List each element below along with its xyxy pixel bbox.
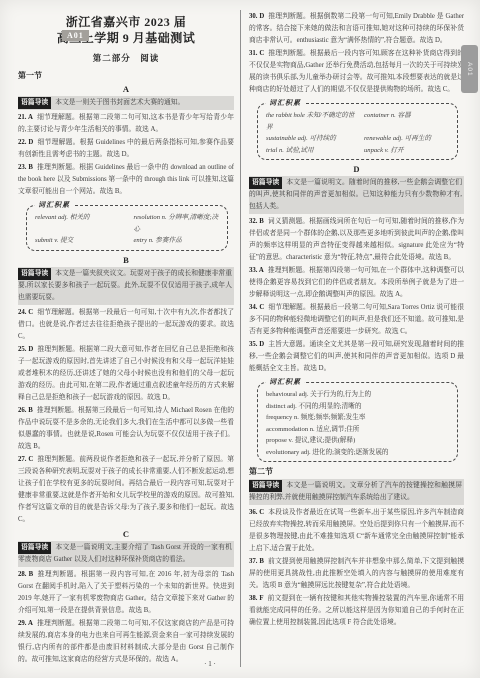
answer-number: 35. D (249, 341, 264, 348)
passage-a-letter: A (18, 84, 234, 94)
answer-explanation: 前文提到在一辆有按键和其他实物操控装置的汽车里,你通常不用看就能完成同样的任务。… (249, 595, 464, 626)
vocab-entry: behavioural adj. 关于行为的,行为上的 (266, 389, 451, 401)
answer-explanation: 词义猜测题。根据画线词所在句后一句可知,随着时间的推移,作为伴侣或者是同一个群体… (249, 218, 464, 261)
answer-explanation: 推理判断题。根据第四段第一句可知,在一个群体中,这种调整可以使得企鹅更容易找到它… (249, 267, 464, 298)
vocab-entry: the rabbit hole 未知/不确定的世界 (266, 110, 360, 133)
vocab-entry: resolution n. 分辨率,清晰度;决心 (134, 212, 222, 235)
answer-explanation: 前文提到使用触摸屏控制汽车并非想象中那么简单,下文提到触摸屏的使用更具挑战性,由… (249, 558, 464, 589)
page-number: · 1 · (150, 660, 270, 668)
answer-number: 33. A (249, 267, 264, 274)
vocab-box-d: 词汇积累 behavioural adj. 关于行为的,行为上的 distinc… (257, 382, 458, 462)
answer-explanation: 细节理解题。根据第二段第二句可知,这本书是青少年写给青少年的,主要讨论与青少年生… (18, 114, 234, 133)
answer-item-36: 36. C本段谈及作者最近在试驾一些新车,出于某些原因,许多汽车制造商已经放弃实… (249, 507, 464, 555)
left-column: A01 浙江省嘉兴市 2023 届 高三上学期 9 月基础测试 第二部分 阅读 … (18, 10, 240, 667)
vocab-entry: evolutionary adj. 进化的;演变的;逐渐发展的 (266, 447, 451, 459)
answer-explanation: 细节理解题。根据最后一段第二句可知,Sara Torres Ortiz 说可能很… (249, 304, 464, 335)
guide-text: 本文是一则关于图书封面艺术大赛的通知。 (55, 99, 184, 106)
answer-number: 38. F (249, 595, 264, 602)
vocab-entry: submit v. 提交 (35, 235, 130, 247)
vocab-entry: container n. 容器 (364, 110, 451, 133)
answer-number: 21. A (18, 114, 33, 121)
answer-item-32: 32. B词义猜测题。根据画线词所在句后一句可知,随着时间的推移,作为伴侣或者是… (249, 216, 464, 264)
answer-explanation: 推理判断题。根据第二段大意可知,作者在回忆自己总是拒绝和孩子一起玩游戏的原因时,… (18, 346, 234, 401)
answer-item-31: 31. C推理判断题。根据最后一段内容可知,顾客在这种补货商店得到的不仅仅是实物… (249, 48, 464, 96)
answer-explanation: 本段谈及作者最近在试驾一些新车,出于某些原因,许多汽车制造商已经放弃实物操控,转… (249, 509, 464, 552)
vocab-entry: distinct adj. 不同的;明显的;清晰的 (266, 401, 451, 413)
document-header: A01 浙江省嘉兴市 2023 届 高三上学期 9 月基础测试 第二部分 阅读 (18, 14, 234, 64)
guide-badge: 语篇导读 (249, 177, 282, 189)
answer-explanation: 推理判断题。根据倒数第二段第一句可知,Emily Drabble 是 Gathe… (249, 13, 464, 44)
vocab-entry: unpack v. 打开 (364, 145, 451, 157)
answer-explanation: 推理判断题。根据 Guidelines 最后一条中的 download an o… (18, 164, 234, 195)
answer-item-34: 34. C细节理解题。根据最后一段第二句可知,Sara Torres Ortiz… (249, 302, 464, 338)
answer-item-33: 33. A推理判断题。根据第四段第一句可知,在一个群体中,这种调整可以使得企鹅更… (249, 265, 464, 301)
vocab-entry: frequency n. 频度;频率;频繁;发生率 (266, 412, 451, 424)
guide-badge: 语篇导读 (18, 268, 51, 280)
answer-number: 30. D (249, 13, 264, 20)
answer-explanation: 推理判断题。根据第三段最后一句可知,诗人 Michael Rosen 在他的作品… (18, 407, 234, 450)
answer-number: 34. C (249, 304, 264, 311)
part-heading: 第二部分 阅读 (18, 52, 234, 64)
answer-item-37: 37. B前文提到使用触摸屏控制汽车并非想象中那么简单,下文提到触摸屏的使用更具… (249, 556, 464, 592)
answer-number: 25. D (18, 346, 33, 353)
answer-number: 32. B (249, 218, 264, 225)
vocab-entries: relevant adj. 相关的 resolution n. 分辨率,清晰度;… (35, 212, 221, 247)
answer-number: 26. B (18, 407, 33, 414)
answer-number: 37. B (249, 558, 264, 565)
vocab-entry: entry n. 参赛作品 (134, 235, 222, 247)
answer-number: 28. B (18, 571, 33, 578)
passage-a-guide: 语篇导读本文是一则关于图书封面艺术大赛的通知。 (18, 96, 234, 110)
guide-badge: 语篇导读 (18, 97, 51, 109)
answer-explanation: 推理判断题。根据第一段内容可知,在 2016 年,初为母亲的 Tash Gors… (18, 571, 234, 614)
vocab-entry: sustainable adj. 可持续的 (266, 133, 360, 145)
answer-number: 29. A (18, 620, 33, 627)
vocab-box-c: 词汇积累 the rabbit hole 未知/不确定的世界 container… (257, 103, 458, 160)
section-two-heading: 第二节 (249, 466, 464, 477)
answer-item-25: 25. D推理判断题。根据第二段大意可知,作者在回忆自己总是拒绝和孩子一起玩游戏… (18, 344, 234, 404)
answer-explanation: 主旨大意题。通读全文尤其是第一段可知,研究发现,随着时间的推移,一些企鹅会调整它… (249, 341, 464, 372)
answer-item-22: 22. D细节理解题。根据 Guidelines 中的最后两条指标可知,参赛作品… (18, 137, 234, 161)
section-one-heading: 第一节 (18, 70, 234, 81)
paper-code-badge: A01 (62, 30, 89, 41)
exam-title-line1: 浙江省嘉兴市 2023 届 (18, 14, 234, 30)
answer-number: 24. C (18, 309, 33, 316)
section-two-guide: 语篇导读本文是一篇说明文。文章分析了汽车的按键操控和触摸屏操控的利弊,并就使用触… (249, 479, 464, 505)
answer-number: 23. B (18, 164, 33, 171)
vocab-entries: the rabbit hole 未知/不确定的世界 container n. 容… (266, 110, 451, 156)
vocab-entry: trial n. 试验,试用 (266, 145, 360, 157)
vocab-box-label: 词汇积累 (266, 377, 304, 387)
exam-title-line2: 高三上学期 9 月基础测试 (18, 30, 234, 46)
answer-item-26: 26. B推理判断题。根据第三段最后一句可知,诗人 Michael Rosen … (18, 405, 234, 453)
answer-item-29: 29. A推理判断题。根据第二段第二句可知,不仅这家商店的产品是可持续发展的,商… (18, 618, 234, 666)
answer-item-23: 23. B推理判断题。根据 Guidelines 最后一条中的 download… (18, 162, 234, 198)
edge-index-tab: A01 (461, 45, 478, 93)
vocab-box-a: 词汇积累 relevant adj. 相关的 resolution n. 分辨率… (26, 205, 228, 251)
vocab-entries: behavioural adj. 关于行为的,行为上的 distinct adj… (266, 389, 451, 458)
answer-explanation: 细节理解题。根据第一段最后一句可知,十次中有九次,作者都找了借口。也就是说,作者… (18, 309, 234, 340)
answer-item-21: 21. A细节理解题。根据第二段第二句可知,这本书是青少年写给青少年的,主要讨论… (18, 112, 234, 136)
vocab-entry: renewable adj. 可再生的 (364, 133, 451, 145)
passage-c-letter: C (18, 529, 234, 539)
vocab-box-label: 词汇积累 (35, 200, 73, 210)
answer-item-35: 35. D主旨大意题。通读全文尤其是第一段可知,研究发现,随着时间的推移,一些企… (249, 339, 464, 375)
vocab-entry: propose v. 提议,建议;提供(解释) (266, 435, 451, 447)
two-column-layout: A01 浙江省嘉兴市 2023 届 高三上学期 9 月基础测试 第二部分 阅读 … (0, 0, 480, 667)
passage-b-guide: 语篇导读本文是一篇夹叙夹议文。玩耍对于孩子的成长和健康非常重要,所以家长要多和孩… (18, 267, 234, 305)
answer-explanation: 推理判断题。根据第二段第二句可知,不仅这家商店的产品是可持续发展的,商店本身的电… (18, 620, 234, 663)
answer-item-30: 30. D推理判断题。根据倒数第二段第一句可知,Emily Drabble 是 … (249, 11, 464, 47)
answer-item-27: 27. C推理判断题。前两段说作者拒绝和孩子一起玩,并分析了原因。第三段说各种研… (18, 454, 234, 526)
passage-c-guide: 语篇导读本文是一篇说明文,主要介绍了 Tash Gorst 开设的一家有机零废物… (18, 541, 234, 567)
answer-item-28: 28. B推理判断题。根据第一段内容可知,在 2016 年,初为母亲的 Tash… (18, 569, 234, 617)
answer-number: 36. C (249, 509, 264, 516)
exam-answer-sheet-page: A01 浙江省嘉兴市 2023 届 高三上学期 9 月基础测试 第二部分 阅读 … (0, 0, 480, 678)
answer-item-38: 38. F前文提到在一辆有按键和其他实物操控装置的汽车里,你通常不用看就能完成同… (249, 593, 464, 629)
passage-b-letter: B (18, 255, 234, 265)
right-column: 30. D推理判断题。根据倒数第二段第一句可知,Emily Drabble 是 … (240, 10, 464, 667)
vocab-box-label: 词汇积累 (266, 98, 304, 108)
passage-d-guide: 语篇导读本文是一篇说明文。随着时间的推移,一些企鹅会调整它们的叫声,使其和同伴的… (249, 176, 464, 214)
answer-explanation: 推理判断题。根据最后一段内容可知,顾客在这种补货商店得到的不仅仅是实物商品,Ga… (249, 50, 464, 93)
answer-explanation: 推理判断题。前两段说作者拒绝和孩子一起玩,并分析了原因。第三段说各种研究表明,玩… (18, 456, 234, 523)
passage-d-letter: D (249, 164, 464, 174)
answer-number: 31. C (249, 50, 264, 57)
answer-number: 22. D (18, 139, 33, 146)
guide-badge: 语篇导读 (18, 542, 51, 554)
answer-item-24: 24. C细节理解题。根据第一段最后一句可知,十次中有九次,作者都找了借口。也就… (18, 307, 234, 343)
vocab-entry: relevant adj. 相关的 (35, 212, 130, 235)
guide-badge: 语篇导读 (249, 480, 282, 492)
answer-explanation: 细节理解题。根据 Guidelines 中的最后两条指标可知,参赛作品要有创新性… (18, 139, 234, 158)
vocab-entry: accommodation n. 适应,调节;住所 (266, 424, 451, 436)
answer-number: 27. C (18, 456, 33, 463)
